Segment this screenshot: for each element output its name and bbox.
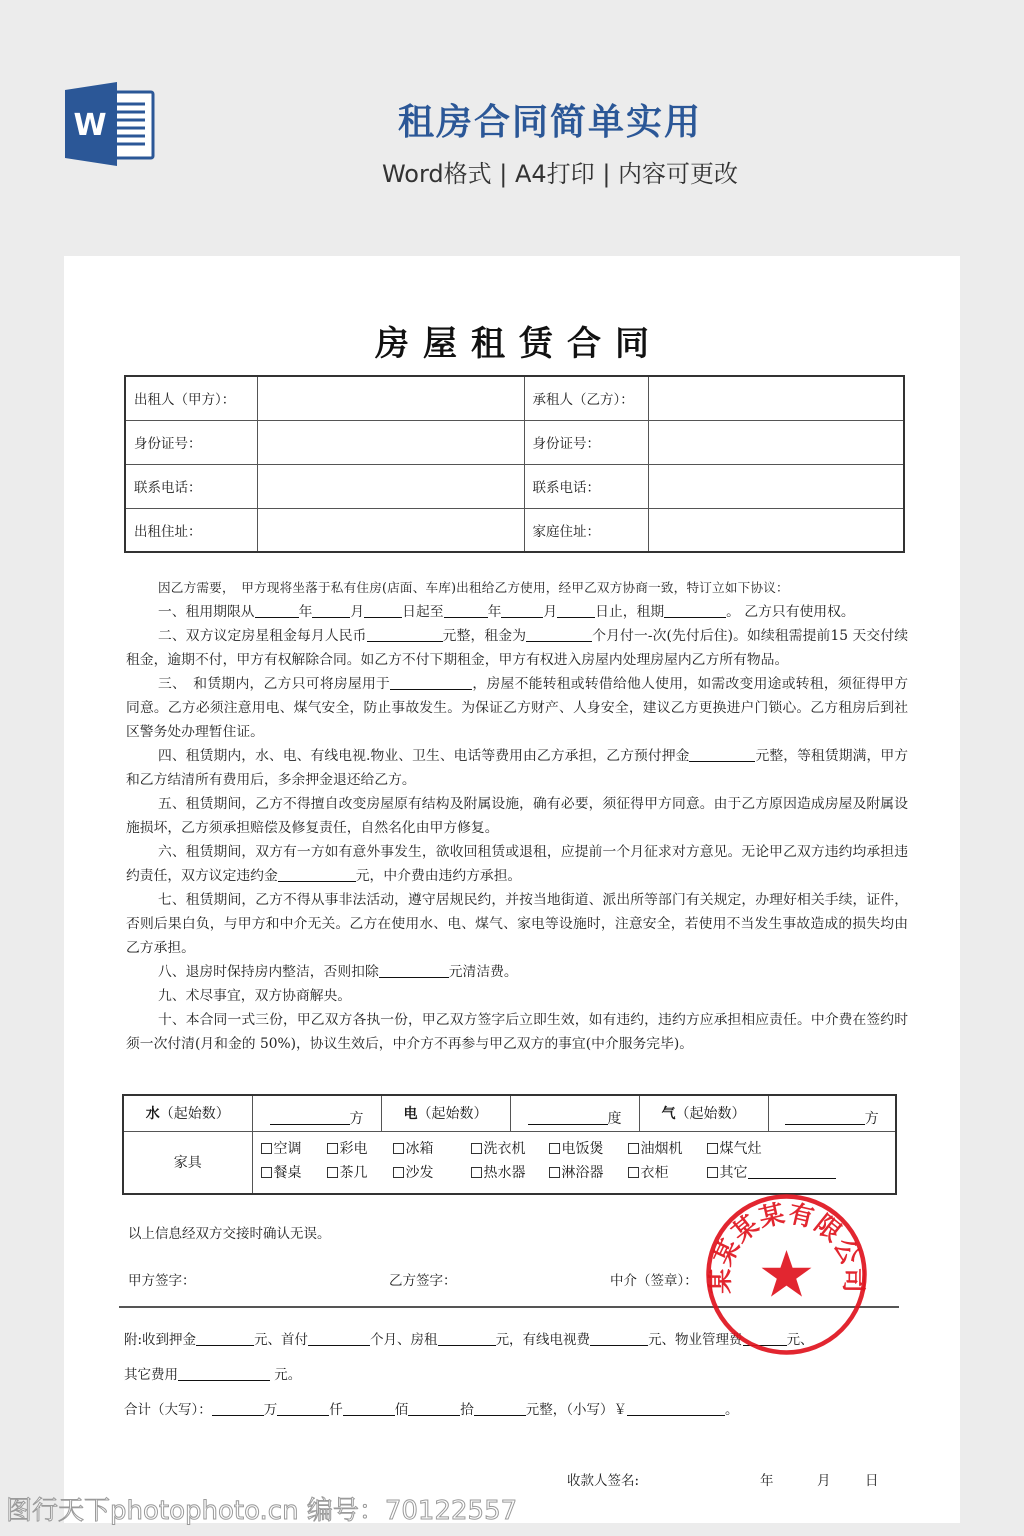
blank-start-month[interactable] <box>312 602 350 618</box>
clause-10: 十、本合同一式三份，甲乙双方各执一份，甲乙双方签字后立即生效，如有违约，违约方应… <box>126 1008 908 1056</box>
checkbox-wardrobe[interactable]: 衣柜 <box>628 1162 707 1182</box>
table-row: 联系电话： 联系电话： <box>125 464 904 508</box>
confirmation-text: 以上信息经双方交接时确认无误。 <box>128 1222 331 1242</box>
landlord-id-label: 身份证号： <box>125 420 257 464</box>
clause-6: 六、租赁期间，双方有一方如有意外事发生，欲收回租赁或退租，应提前一个月征求对方意… <box>126 840 908 888</box>
rental-address-label: 出租住址： <box>125 508 257 552</box>
party-info-table: 出租人（甲方）： 承租人（乙方）： 身份证号： 身份证号： 联系电话： 联系电话… <box>124 375 905 553</box>
blank-penalty[interactable] <box>278 866 356 882</box>
utilities-table: 水（起始数） 方 电（起始数） 度 气（起始数） 方 家具 空调 彩电 冰箱 洗… <box>122 1094 897 1195</box>
home-address-field[interactable] <box>648 508 904 552</box>
water-label: 水（起始数） <box>123 1095 252 1131</box>
electricity-reading-field[interactable]: 度 <box>510 1095 639 1131</box>
tenant-id-label: 身份证号： <box>524 420 648 464</box>
clause-intro: 因乙方需要， 甲方现将坐落于私有住房(店面、车库)出租给乙方使用，经甲乙双方协商… <box>126 576 908 600</box>
clause-9: 九、术尽事宜，双方协商解央。 <box>126 984 908 1008</box>
checkbox-gas-stove[interactable]: 煤气灶 <box>707 1138 762 1158</box>
blank-deposit[interactable] <box>689 746 755 762</box>
landlord-id-field[interactable] <box>257 420 524 464</box>
blank-start-year[interactable] <box>255 602 299 618</box>
blank-total-numeric[interactable] <box>627 1400 725 1416</box>
blank-total-yuan[interactable] <box>474 1400 526 1416</box>
home-address-label: 家庭住址： <box>524 508 648 552</box>
tenant-phone-label: 联系电话： <box>524 464 648 508</box>
blank-total-qian[interactable] <box>277 1400 329 1416</box>
checkbox-tv[interactable]: 彩电 <box>327 1138 393 1158</box>
electricity-label: 电（起始数） <box>381 1095 510 1131</box>
blank-monthly-rent[interactable] <box>367 626 443 642</box>
agent-stamp-label: 中介（签章）： <box>610 1269 698 1289</box>
company-seal-stamp: 某某某某有限公司 <box>704 1192 869 1357</box>
blank-end-year[interactable] <box>444 602 488 618</box>
checkbox-rice-cooker[interactable]: 电饭煲 <box>549 1138 628 1158</box>
checkbox-dining-table[interactable]: 餐桌 <box>261 1162 327 1182</box>
landlord-field[interactable] <box>257 376 524 420</box>
blank-other-fees[interactable] <box>178 1365 270 1381</box>
blank-rent[interactable] <box>438 1330 496 1346</box>
attachment-total: 合计（大写）：万仟佰拾元整，（小写）￥。 <box>124 1398 739 1418</box>
word-document-icon: W <box>65 82 157 166</box>
tenant-id-field[interactable] <box>648 420 904 464</box>
landlord-phone-label: 联系电话： <box>125 464 257 508</box>
blank-payment-months[interactable] <box>526 626 592 642</box>
blank-total-bai[interactable] <box>343 1400 395 1416</box>
blank-start-day[interactable] <box>364 602 402 618</box>
clause-1: 一、租用期限从年月日起至年月日止，租期。 乙方只有使用权。 <box>126 600 908 624</box>
table-row: 水（起始数） 方 电（起始数） 度 气（起始数） 方 <box>123 1095 896 1131</box>
blank-end-day[interactable] <box>557 602 595 618</box>
attachment-line-2: 其它费用 元。 <box>124 1363 301 1383</box>
furniture-checklist: 空调 彩电 冰箱 洗衣机 电饭煲 油烟机 煤气灶 餐桌 茶几 沙发 热水器 淋浴… <box>252 1131 896 1194</box>
blank-other-furniture[interactable] <box>748 1163 836 1179</box>
checkbox-washer[interactable]: 洗衣机 <box>471 1138 549 1158</box>
checkbox-shower[interactable]: 淋浴器 <box>549 1162 628 1182</box>
document-title: 房屋租赁合同 <box>64 316 960 365</box>
tenant-label: 承租人（乙方）： <box>524 376 648 420</box>
gas-reading-field[interactable]: 方 <box>768 1095 896 1131</box>
clause-8: 八、退房时保持房内整洁，否则扣除元清洁费。 <box>126 960 908 984</box>
blank-total-wan[interactable] <box>212 1400 264 1416</box>
banner-subtitle: Word格式 | A4打印 | 内容可更改 <box>300 154 820 189</box>
landlord-phone-field[interactable] <box>257 464 524 508</box>
checkbox-water-heater[interactable]: 热水器 <box>471 1162 549 1182</box>
water-reading-field[interactable]: 方 <box>252 1095 381 1131</box>
star-icon <box>762 1250 812 1297</box>
banner-title: 租房合同简单实用 <box>300 94 800 145</box>
table-row: 家具 空调 彩电 冰箱 洗衣机 电饭煲 油烟机 煤气灶 餐桌 茶几 沙发 热水器… <box>123 1131 896 1194</box>
blank-end-month[interactable] <box>501 602 543 618</box>
blank-first-payment-months[interactable] <box>308 1330 370 1346</box>
contract-clauses: 因乙方需要， 甲方现将坐落于私有住房(店面、车库)出租给乙方使用，经甲乙双方协商… <box>126 576 908 1056</box>
receiver-month: 月 <box>817 1469 831 1489</box>
checkbox-other[interactable]: 其它 <box>707 1162 836 1182</box>
blank-total-shi[interactable] <box>408 1400 460 1416</box>
watermark-text: 图行天下photophoto.cn 编号：70122557 <box>6 1490 517 1527</box>
tenant-field[interactable] <box>648 376 904 420</box>
clause-5: 五、租赁期间，乙方不得擅自改变房屋原有结构及附属设施，确有必要，须征得甲方同意。… <box>126 792 908 840</box>
receiver-year: 年 <box>760 1469 774 1489</box>
clause-4: 四、租赁期内，水、电、有线电视.物业、卫生、电话等费用由乙方承担，乙方预付押金元… <box>126 744 908 792</box>
party-b-signature-label: 乙方签字： <box>389 1269 457 1289</box>
checkbox-fridge[interactable]: 冰箱 <box>393 1138 471 1158</box>
blank-usage[interactable] <box>390 674 472 690</box>
landlord-label: 出租人（甲方）： <box>125 376 257 420</box>
furniture-label: 家具 <box>123 1131 252 1194</box>
blank-cable-tv-fee[interactable] <box>590 1330 648 1346</box>
checkbox-tea-table[interactable]: 茶几 <box>327 1162 393 1182</box>
clause-3: 三、 和赁期内，乙方只可将房屋用于，房屋不能转租或转借给他人使用，如需改变用途或… <box>126 672 908 744</box>
svg-text:W: W <box>73 108 106 143</box>
receiver-day: 日 <box>865 1469 879 1489</box>
table-row: 身份证号： 身份证号： <box>125 420 904 464</box>
document-page: 房屋租赁合同 出租人（甲方）： 承租人（乙方）： 身份证号： 身份证号： 联系电… <box>64 256 960 1523</box>
blank-lease-term[interactable] <box>664 602 726 618</box>
checkbox-air-conditioner[interactable]: 空调 <box>261 1138 327 1158</box>
gas-label: 气（起始数） <box>639 1095 768 1131</box>
blank-deposit-received[interactable] <box>196 1330 254 1346</box>
blank-cleaning-fee[interactable] <box>379 962 449 978</box>
clause-7: 七、租赁期间，乙方不得从事非法活动，遵守居规民约，并按当地街道、派出所等部门有关… <box>126 888 908 960</box>
table-row: 出租住址： 家庭住址： <box>125 508 904 552</box>
party-a-signature-label: 甲方签字： <box>128 1269 196 1289</box>
receiver-signature-label: 收款人签名: <box>567 1469 639 1489</box>
furniture-row-1: 空调 彩电 冰箱 洗衣机 电饭煲 油烟机 煤气灶 <box>261 1136 896 1160</box>
table-row: 出租人（甲方）： 承租人（乙方）： <box>125 376 904 420</box>
checkbox-range-hood[interactable]: 油烟机 <box>628 1138 707 1158</box>
rental-address-field[interactable] <box>257 508 524 552</box>
checkbox-sofa[interactable]: 沙发 <box>393 1162 471 1182</box>
furniture-row-2: 餐桌 茶几 沙发 热水器 淋浴器 衣柜 其它 <box>261 1160 896 1184</box>
clause-2: 二、双方议定房星租金每月人民币元整，租金为个月付一-次(先付后住)。如续租需提前… <box>126 624 908 672</box>
tenant-phone-field[interactable] <box>648 464 904 508</box>
